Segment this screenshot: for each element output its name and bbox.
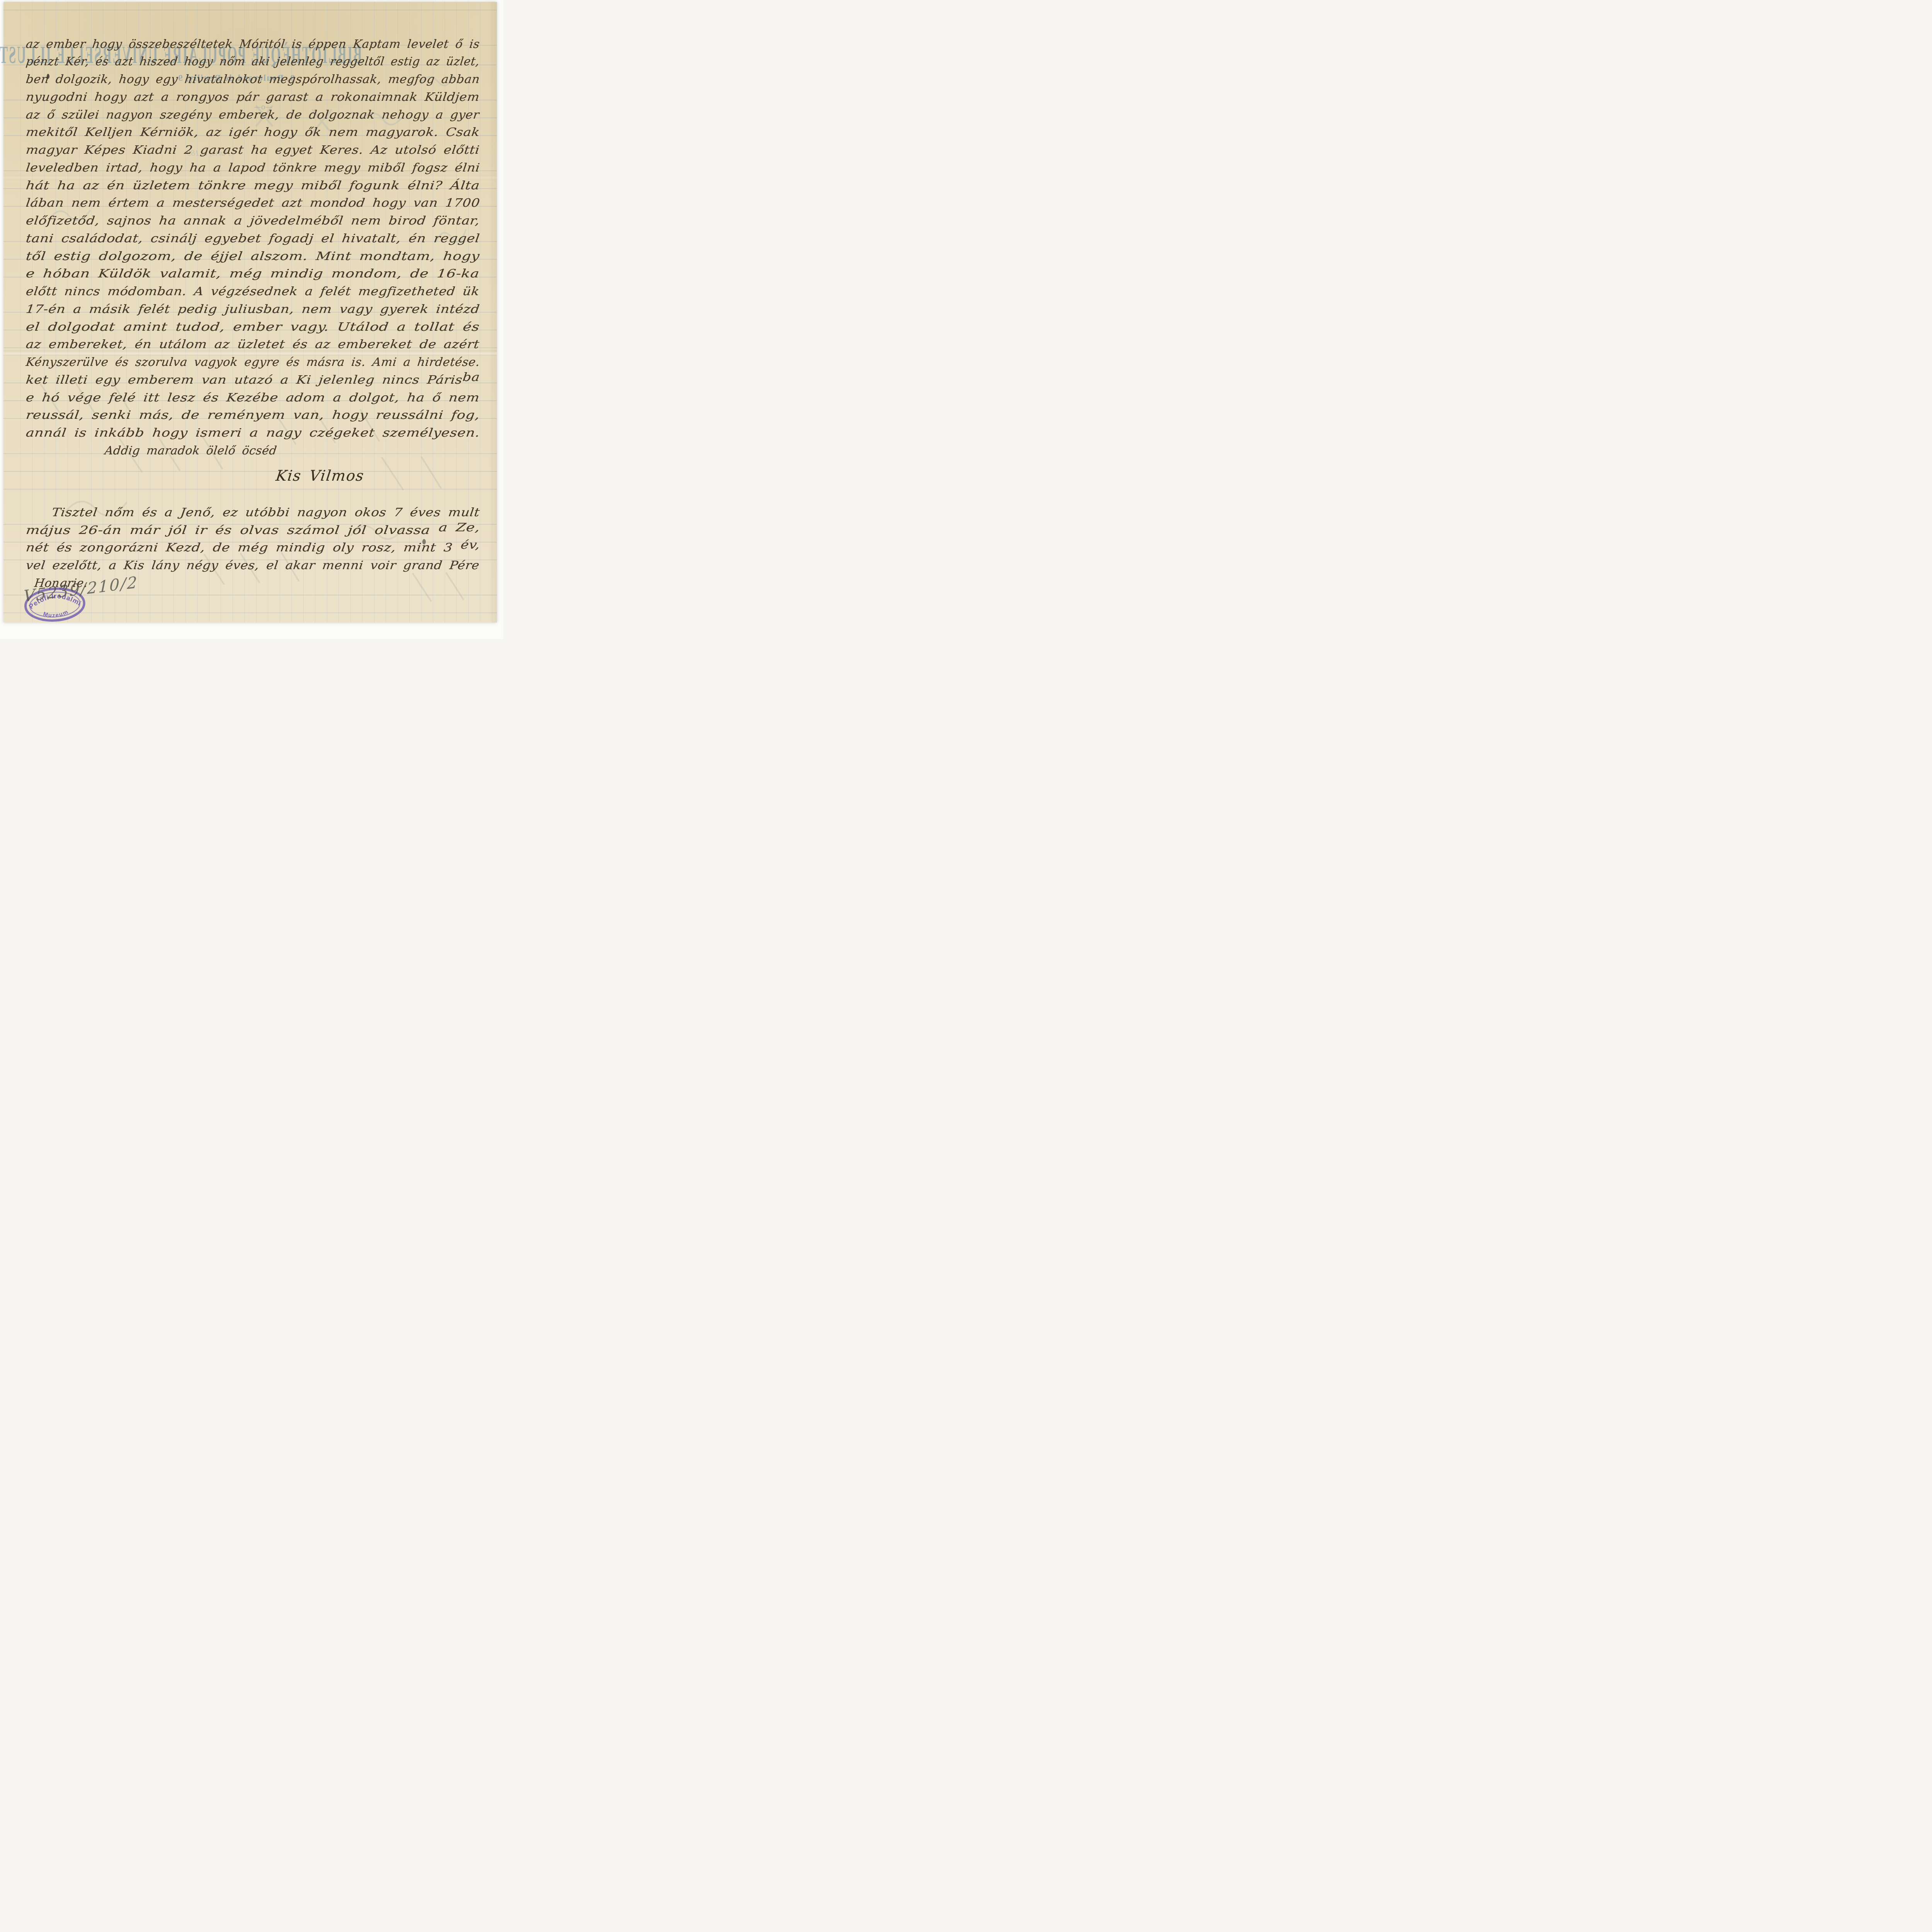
handwriting-line: e hó vége felé itt lesz és Kezébe adom a… xyxy=(25,391,480,405)
handwriting-line: az ember hogy összebeszéltetek Móritól i… xyxy=(25,38,480,51)
handwriting-line: vel ezelőtt, a Kis lány négy éves, el ak… xyxy=(25,559,480,572)
ink-blot xyxy=(422,539,426,544)
handwriting-line: e hóban Küldök valamit, még mindig mondo… xyxy=(25,267,480,281)
handwriting-line: az embereket, én utálom az üzletet és az… xyxy=(25,338,480,351)
superscript-insertion: év, xyxy=(460,538,481,552)
handwriting-line: től estig dolgozom, de éjjel alszom. Min… xyxy=(25,250,480,263)
handwriting-line: Tisztel nőm és a Jenő, ez utóbbi nagyon … xyxy=(51,506,481,519)
handwriting-line: annál is inkább hogy ismeri a nagy czége… xyxy=(25,427,481,440)
handwriting-line: Kényszerülve és szorulva vagyok egyre és… xyxy=(25,356,481,369)
handwriting-line: május 26-án már jól ir és olvas számol j… xyxy=(25,524,480,537)
handwriting-line: előfizetőd, sajnos ha annak a jövedelméb… xyxy=(25,214,480,228)
handwriting-line: leveledben irtad, hogy ha a lapod tönkre… xyxy=(25,162,481,175)
letter-paper: BIBLIOTHÈQUE POPULAIRE UNIVERSELLE ILLUS… xyxy=(3,2,497,622)
handwriting-line: ket illeti egy emberem van utazó a Ki je… xyxy=(25,374,480,387)
handwriting-line: hát ha az én üzletem tönkre megy miből f… xyxy=(25,179,481,192)
signature-line: Kis Vilmos xyxy=(275,469,365,482)
handwriting-layer: az ember hogy összebeszéltetek Móritól i… xyxy=(3,2,497,622)
handwriting-line: nét és zongorázni Kezd, de még mindig ol… xyxy=(25,541,480,554)
handwriting-line: tani családodat, csinálj egyebet fogadj … xyxy=(25,232,481,245)
handwriting-line: el dolgodat amint tudod, ember vagy. Utá… xyxy=(25,321,480,334)
handwriting-line: előtt nincs módomban. A végzésednek a fe… xyxy=(25,285,480,298)
superscript-insertion: a Ze, xyxy=(438,521,481,534)
superscript-insertion: ba xyxy=(462,371,481,384)
handwriting-line: nyugodni hogy azt a rongyos pár garast a… xyxy=(25,91,480,104)
handwriting-line: mekitől Kelljen Kérniök, az igér hogy ők… xyxy=(25,126,481,139)
scanner-background: BIBLIOTHÈQUE POPULAIRE UNIVERSELLE ILLUS… xyxy=(0,0,503,639)
handwriting-line: Addig maradok ölelő öcséd xyxy=(104,444,277,457)
handwriting-line: reussál, senki más, de reményem van, hog… xyxy=(25,409,480,422)
handwriting-line: 17-én a másik felét pedig juliusban, nem… xyxy=(25,303,481,316)
handwriting-line: az ő szülei nagyon szegény emberek, de d… xyxy=(25,109,480,122)
handwriting-line: lában nem értem a mesterségedet azt mond… xyxy=(25,197,481,210)
handwriting-line: magyar Képes Kiadni 2 garast ha egyet Ke… xyxy=(25,144,480,157)
handwriting-line: ben dolgozik, hogy egy hivatalnokot megs… xyxy=(25,73,481,86)
handwriting-line: pénzt Kér, és azt hiszed hogy nőm aki je… xyxy=(25,55,480,68)
ink-speck xyxy=(47,74,49,79)
